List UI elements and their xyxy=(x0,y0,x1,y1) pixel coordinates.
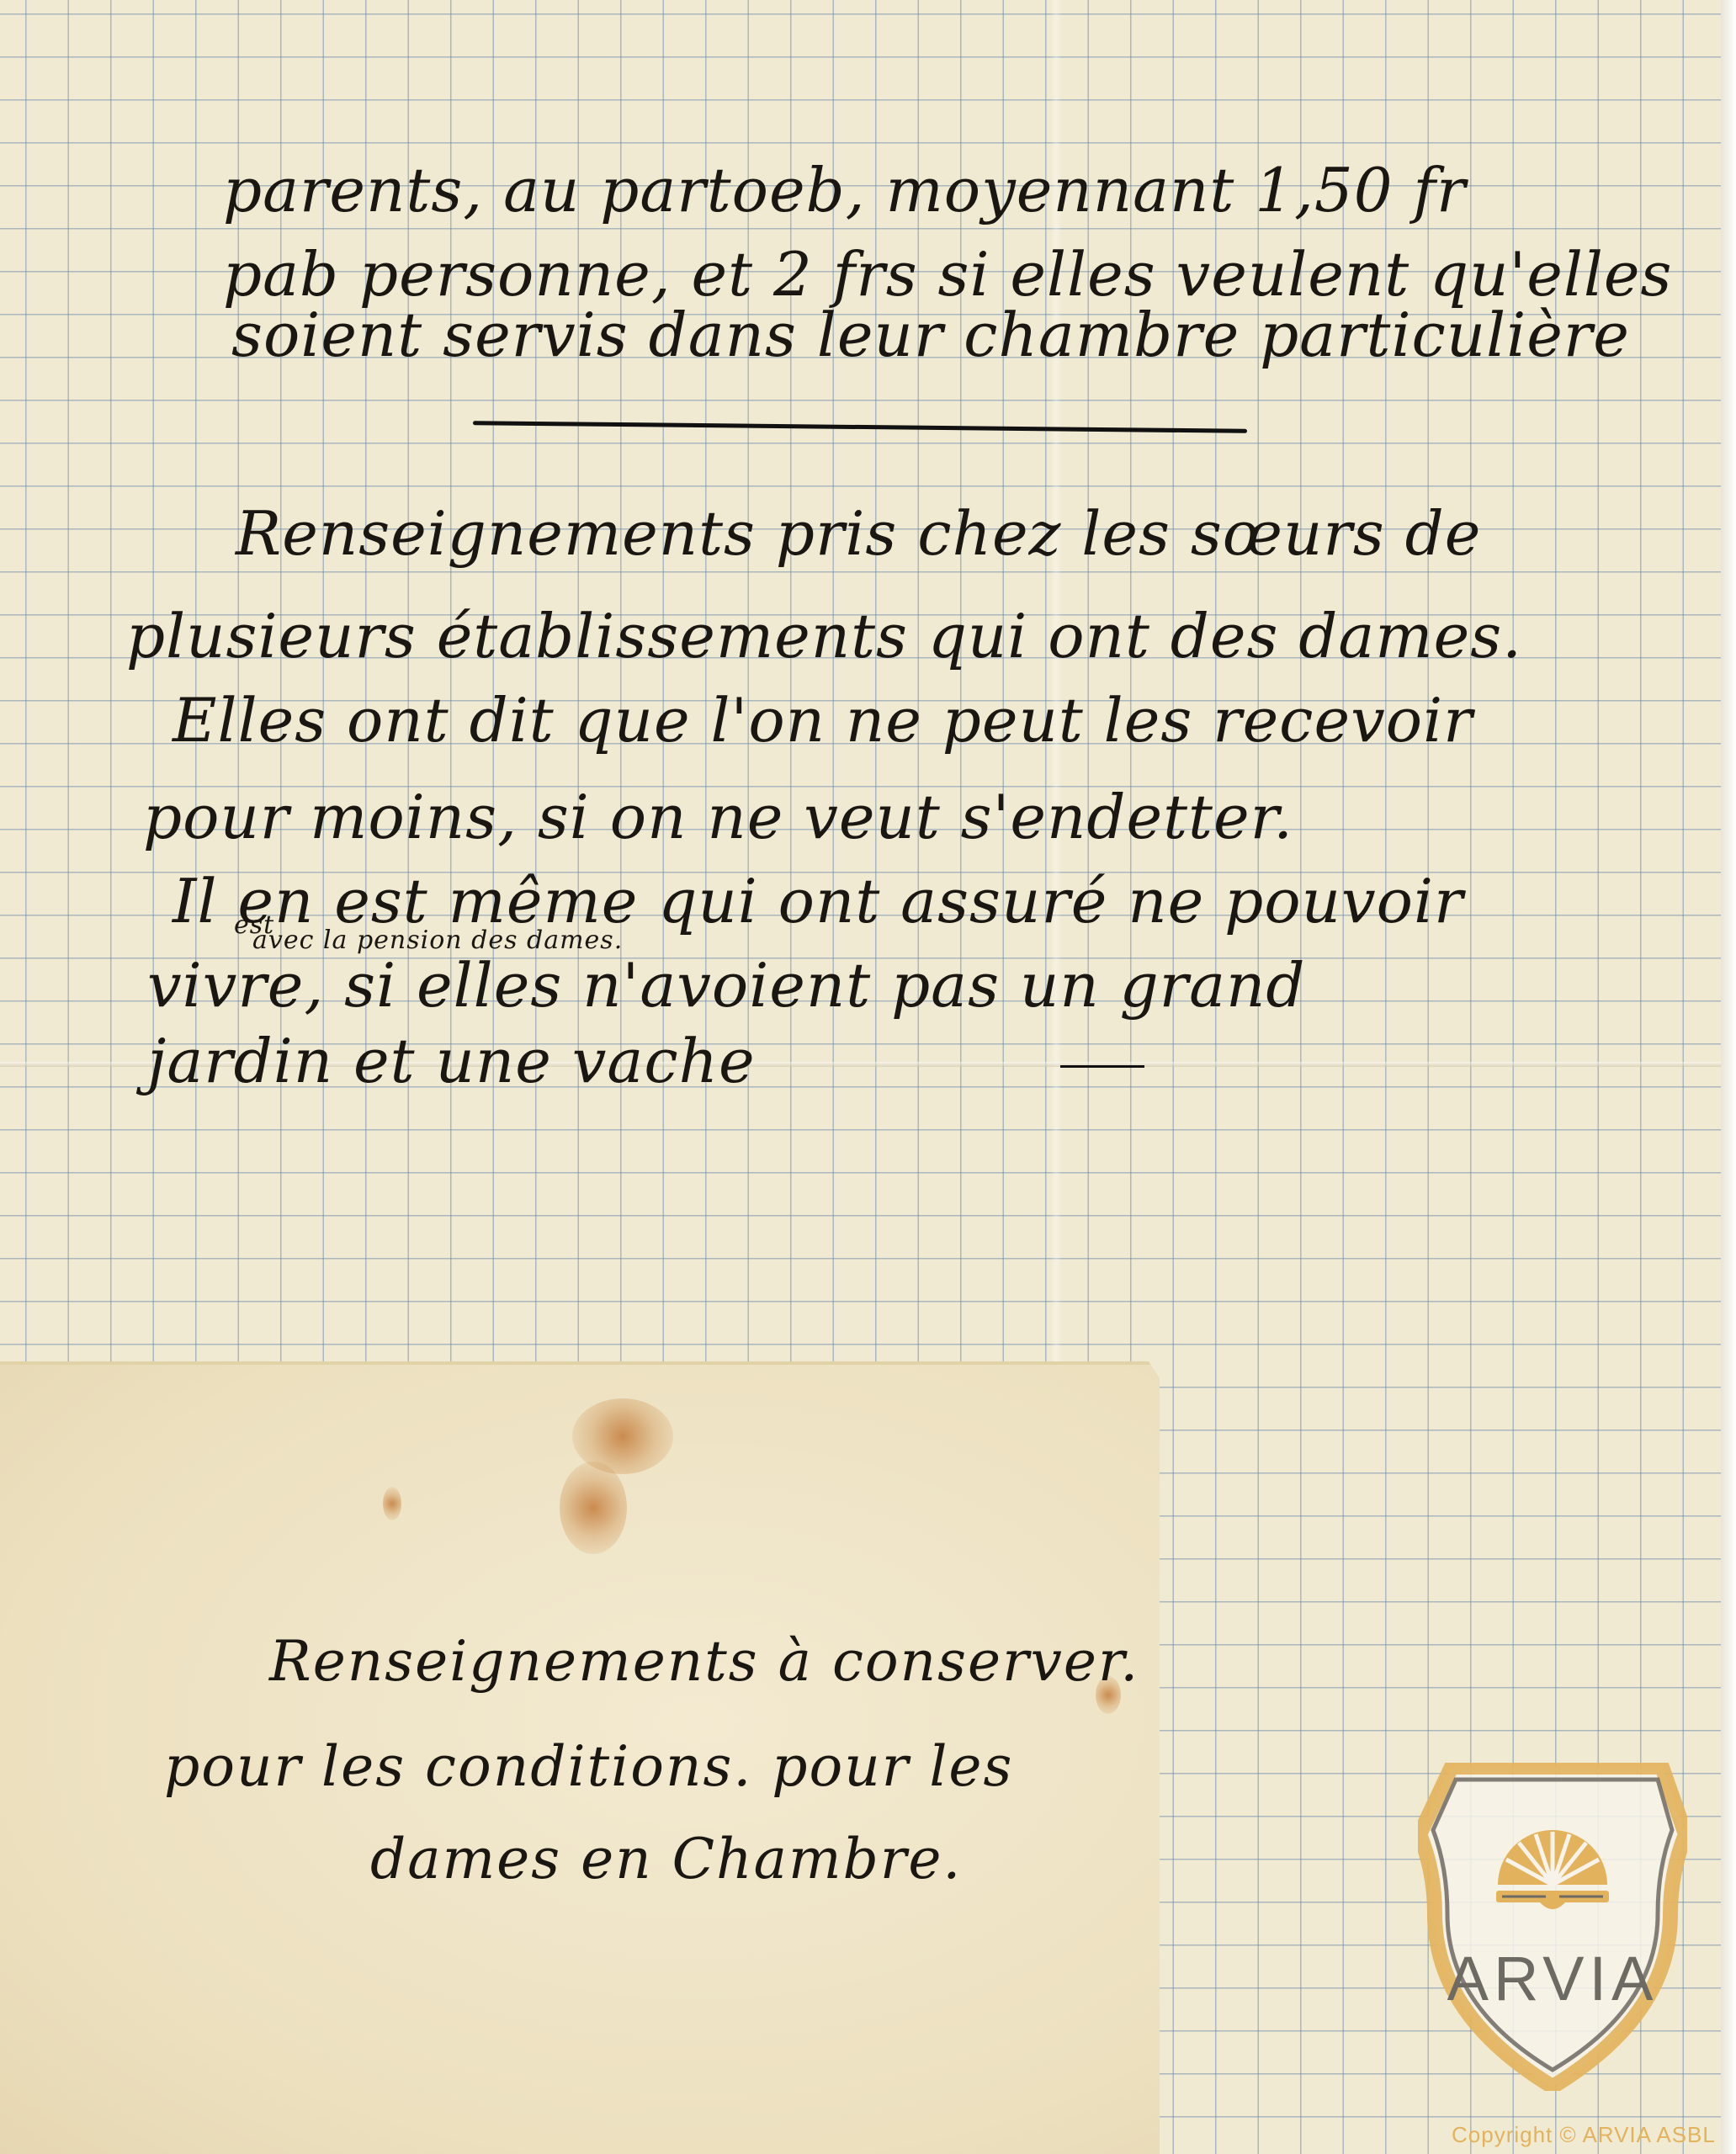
letter-line-1: parents, au partoeb, moyennant 1,50 fr xyxy=(223,160,1466,220)
letter-line-2: pab personne, et 2 frs si elles veulent … xyxy=(223,244,1673,305)
letter-line-10: jardin et une vache xyxy=(147,1031,756,1091)
letter-line-9: vivre, si elles n'avoient pas un grand xyxy=(147,955,1305,1016)
envelope-line-1: Renseignements à conserver. xyxy=(269,1634,1139,1690)
logo-text: ARVIA xyxy=(1447,1944,1659,2013)
closing-dash xyxy=(1060,1065,1144,1068)
letter-line-7: pour moins, si on ne veut s'endetter. xyxy=(143,787,1293,847)
sheet-right-edge xyxy=(1721,0,1736,2154)
letter-line-8: Il en est même qui ont assuré ne pouvoir xyxy=(173,871,1463,931)
arvia-shield-logo: ARVIA xyxy=(1418,1763,1687,2091)
letter-line-4: Renseignements pris chez les sœurs de xyxy=(236,503,1481,564)
letter-line-6: Elles ont dit que l'on ne peut les recev… xyxy=(173,690,1473,751)
rust-stain xyxy=(383,1487,401,1520)
letter-line-3: soient servis dans leur chambre particul… xyxy=(231,305,1630,365)
copyright-notice: Copyright © ARVIA ASBL xyxy=(1452,2122,1716,2148)
letter-line-5: plusieurs établissements qui ont des dam… xyxy=(126,606,1522,666)
envelope: Renseignements à conserver. pour les con… xyxy=(0,1361,1160,2154)
rust-stain xyxy=(560,1462,627,1554)
separator-rule xyxy=(473,421,1247,433)
envelope-line-3: dames en Chambre. xyxy=(370,1832,962,1887)
envelope-line-2: pour les conditions. pour les xyxy=(164,1739,1013,1795)
